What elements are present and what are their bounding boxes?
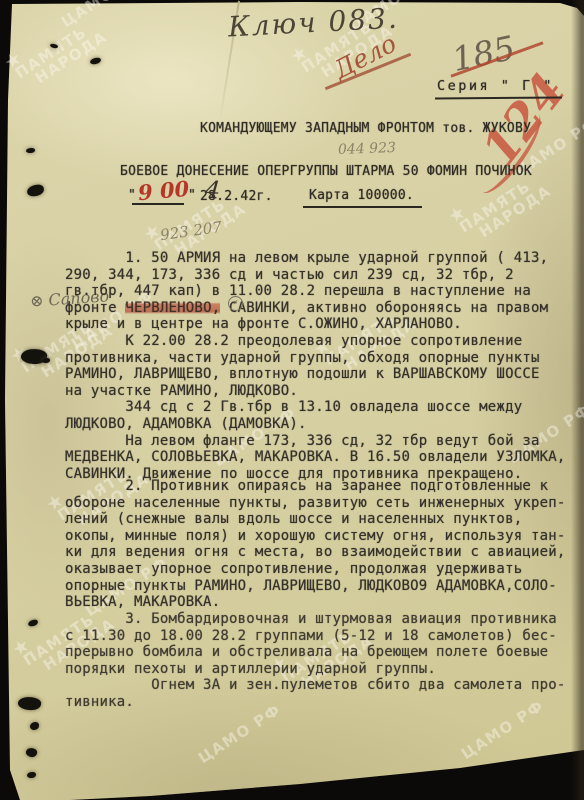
paragraph-1-text-b: САВИНКИ, активно обороняясь на правом кр…	[65, 300, 565, 482]
report-number-red: 9 00	[137, 176, 190, 205]
paragraph-3: 3. Бомбардировочная и штурмовая авиация …	[65, 611, 565, 711]
addressee-line: КОМАНДУЮЩЕМУ ЗАПАДНЫМ ФРОНТОМ тов. ЖУКОВ…	[200, 121, 531, 136]
date-overwrite-digit: 4	[204, 176, 221, 205]
scan-background: ЦАМО РФ★ПАМЯТЬНАРОДАЦАМО РФ★ПАМЯТЬНАРОДА…	[0, 0, 584, 800]
series-label: Серия " Г "	[437, 78, 554, 94]
paragraph-1: 1. 50 АРМИЯ на левом крыле ударной групп…	[65, 250, 565, 482]
paragraph-2: 2. Противник опираясь на заранее подгото…	[65, 478, 565, 611]
struck-place-name: ЧЕРВЛЕНОВО,	[125, 300, 220, 316]
page-right-edge-shadow	[571, 0, 584, 800]
margin-circled-x: ⊗	[29, 291, 44, 311]
number-quote-close: "	[188, 188, 196, 203]
number-quote-open: "	[128, 188, 136, 203]
correction-check-circle: ✓	[228, 296, 243, 311]
number-underline	[132, 203, 184, 205]
pencil-header-numbers: 044 923	[338, 140, 396, 158]
map-scale-label: Карта 100000.	[303, 188, 422, 208]
